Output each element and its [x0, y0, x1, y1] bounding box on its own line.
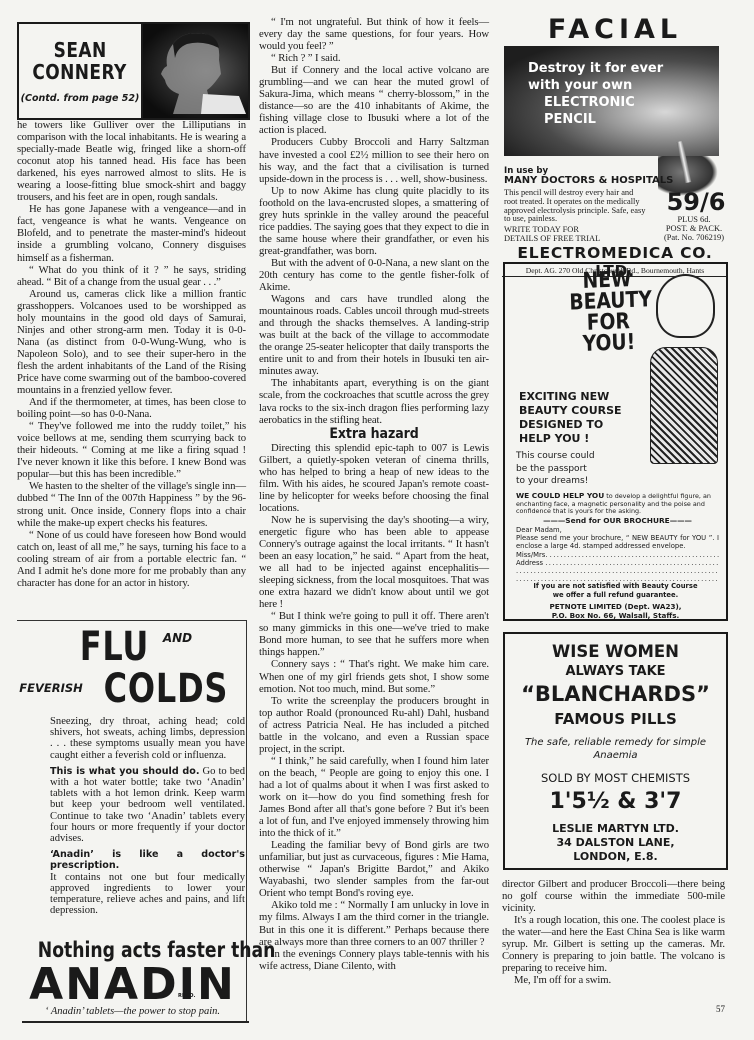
flu-word: FLU — [80, 627, 150, 667]
in-use-by: In use by MANY DOCTORS & HOSPITALS — [504, 166, 673, 186]
article-paragraph: Wagons and cars have trundled along the … — [259, 293, 489, 377]
sold-by-chemists: SOLD BY MOST CHEMISTS — [505, 771, 726, 785]
article-column-1: he towers like Gulliver over the Lillipu… — [17, 119, 246, 589]
refund-guarantee: If you are not satisfied with Beauty Cou… — [505, 582, 726, 599]
woman-head — [656, 274, 715, 338]
send-brochure-line: ———Send for OUR BROCHURE——— — [516, 516, 719, 525]
company-line: LONDON, E.8. — [505, 850, 726, 863]
profile-photo — [143, 24, 248, 118]
exciting-course-headline: EXCITING NEW BEAUTY COURSE DESIGNED TO H… — [519, 390, 622, 446]
photo-line: PENCIL — [528, 111, 663, 128]
article-paragraph: But with the advent of 0-0-Nana, a new s… — [259, 257, 489, 293]
article-paragraph: he towers like Gulliver over the Lillipu… — [17, 119, 246, 203]
refund-line: If you are not satisfied with Beauty Cou… — [533, 582, 697, 590]
article-paragraph: And if the thermometer, at times, has be… — [17, 396, 246, 420]
article-column-3: director Gilbert and producer Broccoli—t… — [502, 878, 725, 986]
flu-ad-body: Sneezing, dry throat, aching head; cold … — [50, 716, 245, 916]
miss-mrs-label: Miss/Mrs. — [516, 551, 548, 559]
remedy-line: The safe, reliable remedy for simple — [505, 737, 726, 748]
famous-pills: FAMOUS PILLS — [505, 710, 726, 728]
article-paragraph: He has gone Japanese with a vengeance—an… — [17, 203, 246, 263]
article-title-line2: CONNERY — [33, 61, 127, 83]
petnote-company: PETNOTE LIMITED (Dept. WA23), P.O. Box N… — [505, 602, 726, 620]
article-paragraph: Producers Cubby Broccoli and Harry Saltz… — [259, 136, 489, 184]
facial-hair-ad: FACIAL HAIR? Destroy it for ever with yo… — [502, 16, 728, 252]
blanchards-price: 1'5½ & 3'7 — [505, 789, 726, 814]
article-paragraph: “ I'm not ungrateful. But think of how i… — [259, 16, 489, 52]
address-label: Address — [516, 559, 543, 567]
article-paragraph: To write the screenplay the producers br… — [259, 695, 489, 755]
colds-word: COLDS — [103, 669, 228, 709]
article-paragraph: director Gilbert and producer Broccoli—t… — [502, 878, 725, 914]
portrait-icon — [143, 24, 246, 114]
post-line: (Pat. No. 706219) — [664, 233, 724, 242]
write-today: WRITE TODAY FOR DETAILS OF FREE TRIAL — [504, 226, 646, 244]
photo-line: Destroy it for ever — [528, 61, 663, 76]
article-paragraph: “ Rich ? ” I said. — [259, 52, 489, 64]
article-paragraph: The inhabitants apart, everything is on … — [259, 377, 489, 425]
headline-line: EXCITING NEW — [519, 390, 609, 403]
feverish-word: FEVERISH — [19, 681, 83, 695]
article-paragraph: Me, I'm off for a swim. — [502, 974, 725, 986]
anadin-tagline: ‘ Anadin’ tablets—the power to stop pain… — [17, 1006, 248, 1017]
regd-text: REGD. — [178, 993, 195, 999]
article-paragraph: “ They've followed me into the ruddy toi… — [17, 420, 246, 480]
ad-bottom-rule — [22, 1021, 249, 1023]
write-line: WRITE TODAY FOR — [504, 225, 579, 234]
address-field-line2[interactable]: ........................................… — [516, 567, 719, 575]
and-word: AND — [163, 631, 192, 645]
company-line: PETNOTE LIMITED (Dept. WA23), — [549, 602, 681, 611]
page-number: 57 — [716, 1004, 725, 1014]
photo-line: with your own — [528, 78, 632, 93]
course-line: to your dreams! — [516, 476, 588, 486]
company-line: 34 DALSTON LANE, — [505, 836, 726, 849]
headline-line: BEAUTY COURSE — [519, 404, 622, 417]
article-paragraph: It's a rough location, this one. The coo… — [502, 914, 725, 974]
refund-line: we offer a full refund guarantee. — [553, 591, 678, 599]
article-column-2: “ I'm not ungrateful. But think of how i… — [259, 16, 489, 972]
flu-prescription-heading: ‘Anadin’ is like a doctor's prescription… — [50, 849, 245, 871]
blanchards-brand: “BLANCHARDS” — [505, 682, 726, 706]
wise-women: WISE WOMEN — [505, 642, 726, 661]
company-line: LESLIE MARTYN LTD. — [505, 822, 726, 835]
article-paragraph: Around us, cameras click like a million … — [17, 288, 246, 396]
anadin-brand: ANADIN — [17, 959, 248, 1010]
article-paragraph: “ What do you think of it ? ” he says, s… — [17, 264, 246, 288]
photo-line: ELECTRONIC — [528, 94, 663, 111]
blanchards-pills-ad: WISE WOMEN ALWAYS TAKE “BLANCHARDS” FAMO… — [503, 632, 728, 870]
please-send: Please send me your brochure, “ NEW BEAU… — [516, 534, 719, 550]
article-paragraph: Leading the familiar bevy of Bond girls … — [259, 839, 489, 899]
postage-note: PLUS 6d. POST. & PACK. (Pat. No. 706219) — [654, 216, 734, 242]
flu-prescription-text: It contains not one but four medically a… — [50, 872, 245, 917]
article-paragraph: Up to now Akime has clung quite placidly… — [259, 185, 489, 257]
article-paragraph: But if Connery and the local active volc… — [259, 64, 489, 136]
woman-illustration-icon — [648, 272, 720, 462]
post-line: PLUS 6d. — [677, 215, 710, 224]
pencil-description: This pencil will destroy every hair and … — [504, 189, 646, 224]
woman-profile-photo: Destroy it for ever with your own ELECTR… — [504, 46, 719, 156]
course-passport: This course could be the passport to you… — [516, 450, 595, 488]
write-line: DETAILS OF FREE TRIAL — [504, 234, 600, 243]
article-paragraph: We hasten to the shelter of the village'… — [17, 480, 246, 528]
flu-what-heading: This is what you should do. — [50, 766, 200, 777]
always-take: ALWAYS TAKE — [505, 664, 726, 679]
article-paragraph: “ But I think we're going to pull it off… — [259, 610, 489, 658]
article-paragraph: Directing this splendid epic-taph to 007… — [259, 442, 489, 514]
flu-what-to-do: This is what you should do. Go to bed wi… — [50, 766, 245, 844]
flu-headline-row2: FEVERISH COLDS — [17, 669, 246, 709]
title-line: YOU! — [582, 330, 635, 357]
price: 59/6 — [660, 189, 732, 215]
continued-from-note: (Contd. from page 52) — [21, 93, 140, 104]
flu-intro: Sneezing, dry throat, aching head; cold … — [50, 716, 245, 761]
regd-mark: REGD. — [178, 982, 195, 1001]
article-title-box: SEAN CONNERY (Contd. from page 52) — [19, 24, 143, 118]
article-paragraph: “ I think,” he said carefully, when I fo… — [259, 755, 489, 839]
course-line: be the passport — [516, 464, 587, 474]
new-beauty-title: NEW BEAUTY FOR YOU! — [569, 268, 648, 355]
company-line: P.O. Box No. 66, Walsall, Staffs. — [552, 611, 679, 620]
course-line: This course could — [516, 451, 595, 461]
anadin-flu-ad: FLU AND FEVERISH COLDS Sneezing, dry thr… — [17, 620, 247, 1021]
article-paragraph: Now he is supervising the day's shooting… — [259, 514, 489, 610]
photo-overlay-text: Destroy it for ever with your own ELECTR… — [528, 60, 663, 128]
article-paragraph: Akiko told me : “ Normally I am unlucky … — [259, 899, 489, 947]
new-beauty-ad: NEW BEAUTY FOR YOU! EXCITING NEW BEAUTY … — [503, 262, 728, 621]
article-header: SEAN CONNERY (Contd. from page 52) — [17, 22, 250, 120]
flu-prescription: ‘Anadin’ is like a doctor's prescription… — [50, 849, 245, 916]
doctors-hospitals: MANY DOCTORS & HOSPITALS — [504, 175, 673, 186]
flu-headline-row1: FLU AND — [17, 627, 246, 667]
post-line: POST. & PACK. — [666, 224, 722, 233]
dear-madam: Dear Madam, — [516, 526, 719, 534]
article-paragraph: Connery says : “ That's right. We make h… — [259, 658, 489, 694]
article-paragraph: “ None of us could have foreseen how Bon… — [17, 529, 246, 589]
headline-line: DESIGNED TO — [519, 418, 603, 431]
article-title-line1: SEAN — [54, 39, 107, 61]
subheading-extra-hazard: Extra hazard — [271, 428, 478, 440]
flu-what-text: Go to bed with a hot water bottle; take … — [50, 766, 245, 844]
headline-line: HELP YOU ! — [519, 432, 589, 445]
woman-dress — [650, 347, 718, 464]
we-could-help: WE COULD HELP YOU to develop a delightfu… — [516, 492, 719, 516]
address-field[interactable]: Address ................................… — [516, 559, 719, 567]
anaemia-line: Anaemia — [505, 750, 726, 761]
brochure-coupon[interactable]: Dear Madam, Please send me your brochure… — [516, 526, 719, 583]
miss-mrs-field[interactable]: Miss/Mrs. ..............................… — [516, 551, 719, 559]
article-paragraph: In the evenings Connery plays table-tenn… — [259, 948, 489, 972]
